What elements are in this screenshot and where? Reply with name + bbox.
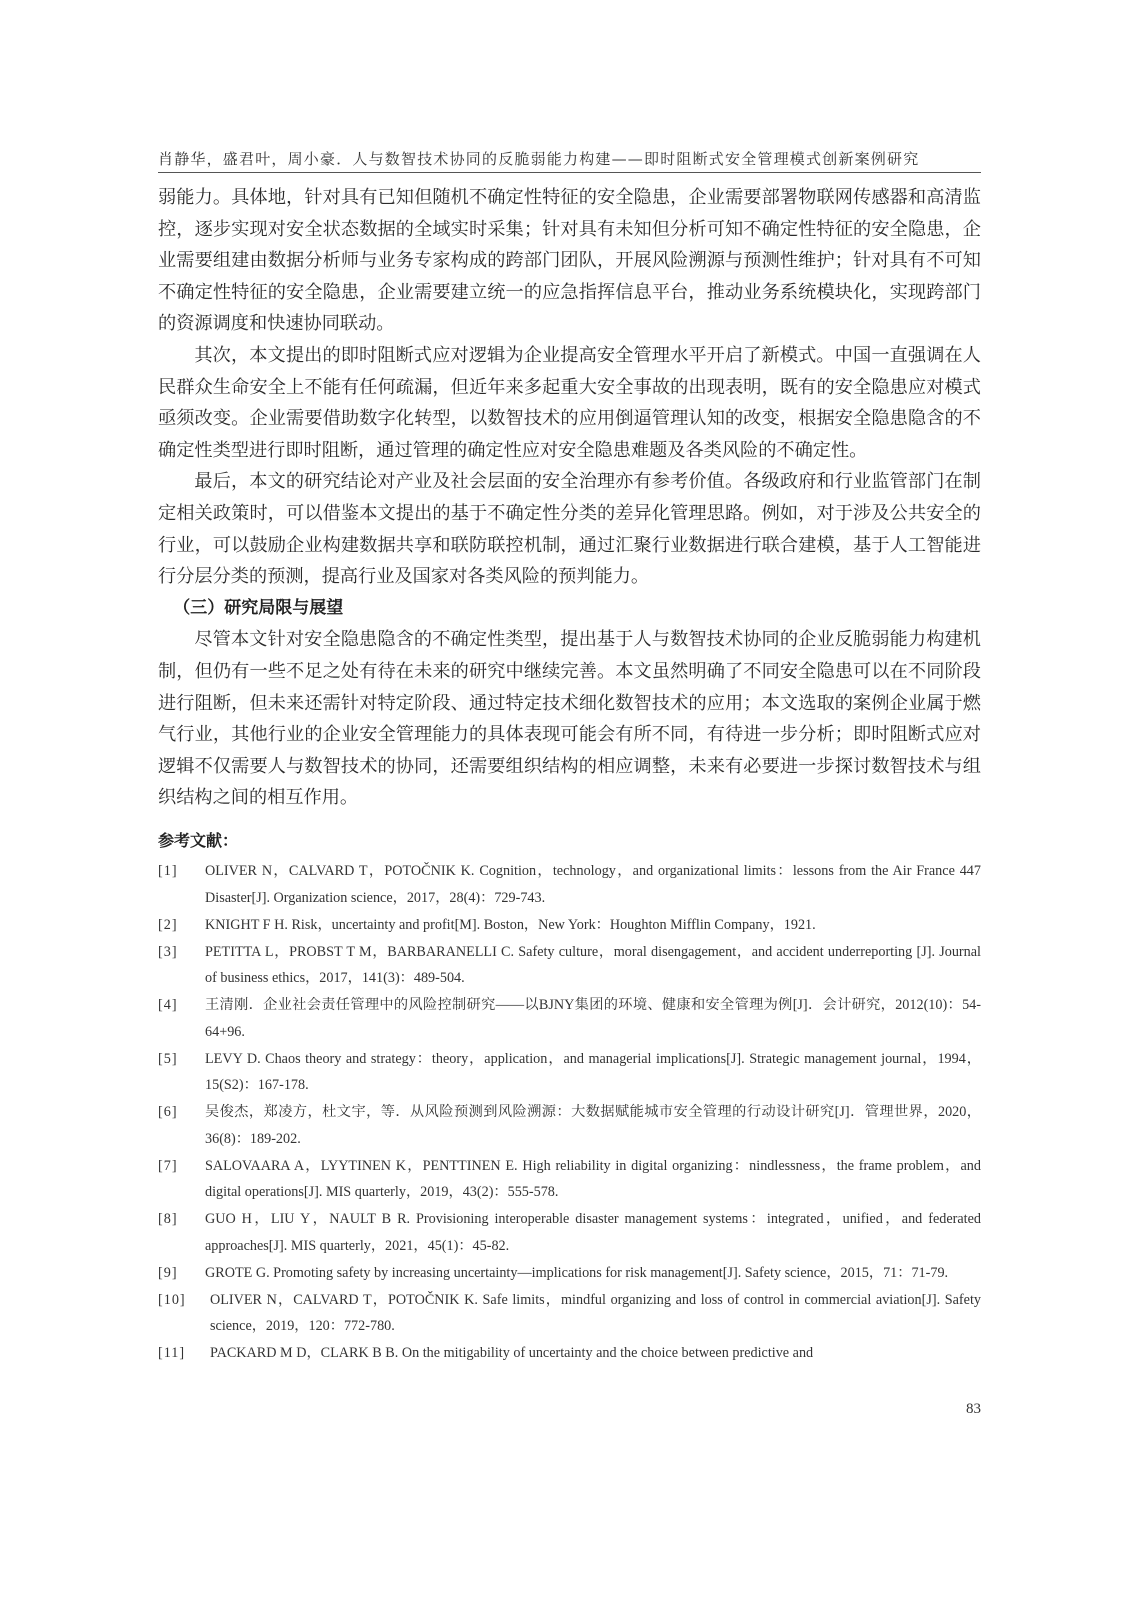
page-number: 83 (941, 1401, 981, 1418)
reference-text: SALOVAARA A，LYYTINEN K，PENTTINEN E. High… (205, 1158, 981, 1201)
reference-text: OLIVER N，CALVARD T，POTOČNIK K. Safe limi… (210, 1292, 981, 1335)
reference-item: [9]GROTE G. Promoting safety by increasi… (158, 1260, 981, 1287)
reference-text: KNIGHT F H. Risk，uncertainty and profit[… (205, 917, 816, 933)
reference-item: [5]LEVY D. Chaos theory and strategy：the… (158, 1046, 981, 1099)
reference-text: GUO H，LIU Y，NAULT B R. Provisioning inte… (205, 1211, 981, 1254)
paragraph-final-point: 最后，本文的研究结论对产业及社会层面的安全治理亦有参考价值。各级政府和行业监管部… (158, 466, 981, 592)
reference-number: [10] (158, 1287, 186, 1314)
reference-item: [8]GUO H，LIU Y，NAULT B R. Provisioning i… (158, 1206, 981, 1259)
reference-text: PETITTA L，PROBST T M，BARBARANELLI C. Saf… (205, 944, 981, 987)
reference-number: [9] (158, 1260, 178, 1287)
reference-number: [4] (158, 992, 178, 1019)
reference-item: [10]OLIVER N，CALVARD T，POTOČNIK K. Safe … (158, 1287, 981, 1340)
reference-number: [6] (158, 1099, 178, 1126)
reference-item: [7]SALOVAARA A，LYYTINEN K，PENTTINEN E. H… (158, 1153, 981, 1206)
section-subheading: （三）研究局限与展望 (158, 593, 981, 625)
body-text: 弱能力。具体地，针对具有已知但随机不确定性特征的安全隐患，企业需要部署物联网传感… (158, 182, 981, 814)
header-rule (158, 172, 981, 173)
paragraph-second-point: 其次，本文提出的即时阻断式应对逻辑为企业提高安全管理水平开启了新模式。中国一直强… (158, 340, 981, 466)
paragraph-continuation: 弱能力。具体地，针对具有已知但随机不确定性特征的安全隐患，企业需要部署物联网传感… (158, 182, 981, 340)
references-list: [1]OLIVER N，CALVARD T，POTOČNIK K. Cognit… (158, 858, 981, 1367)
reference-text: LEVY D. Chaos theory and strategy：theory… (205, 1051, 981, 1094)
reference-item: [6]吴俊杰，郑凌方，杜文宇，等．从风险预测到风险溯源：大数据赋能城市安全管理的… (158, 1099, 981, 1152)
reference-text: GROTE G. Promoting safety by increasing … (205, 1265, 948, 1281)
paragraph-limitations: 尽管本文针对安全隐患隐含的不确定性类型，提出基于人与数智技术协同的企业反脆弱能力… (158, 624, 981, 814)
reference-number: [3] (158, 939, 178, 966)
reference-number: [8] (158, 1206, 178, 1233)
reference-text: 吴俊杰，郑凌方，杜文宇，等．从风险预测到风险溯源：大数据赋能城市安全管理的行动设… (205, 1104, 981, 1147)
reference-item: [3]PETITTA L，PROBST T M，BARBARANELLI C. … (158, 939, 981, 992)
reference-text: OLIVER N，CALVARD T，POTOČNIK K. Cognition… (205, 863, 981, 906)
reference-number: [2] (158, 912, 178, 939)
reference-number: [1] (158, 858, 178, 885)
references-title: 参考文献： (158, 828, 238, 851)
reference-item: [1]OLIVER N，CALVARD T，POTOČNIK K. Cognit… (158, 858, 981, 911)
reference-item: [4]王清刚．企业社会责任管理中的风险控制研究——以BJNY集团的环境、健康和安… (158, 992, 981, 1045)
running-head: 肖静华，盛君叶，周小豪．人与数智技术协同的反脆弱能力构建——即时阻断式安全管理模… (158, 148, 981, 169)
reference-number: [11] (158, 1340, 185, 1367)
reference-item: [11]PACKARD M D，CLARK B B. On the mitiga… (158, 1340, 981, 1367)
reference-number: [7] (158, 1153, 178, 1180)
reference-number: [5] (158, 1046, 178, 1073)
reference-text: 王清刚．企业社会责任管理中的风险控制研究——以BJNY集团的环境、健康和安全管理… (205, 997, 981, 1040)
reference-text: PACKARD M D，CLARK B B. On the mitigabili… (210, 1345, 813, 1361)
reference-item: [2]KNIGHT F H. Risk，uncertainty and prof… (158, 912, 981, 939)
